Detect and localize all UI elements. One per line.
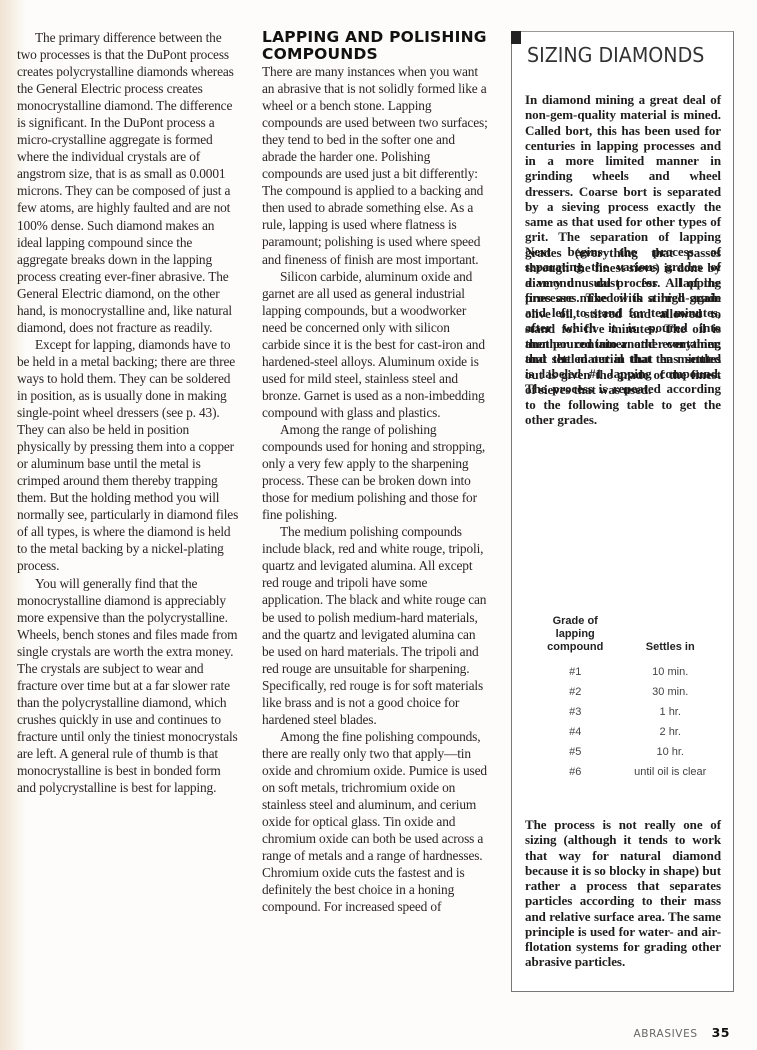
table-row: #5 10 hr. bbox=[542, 742, 712, 762]
body-column-2: Lapping and Polishing Compounds There ar… bbox=[262, 29, 490, 915]
sidebar-paragraph: Next begins the process of separating th… bbox=[525, 244, 721, 427]
table-header-settles: Settles in bbox=[608, 615, 712, 662]
settle-time-cell: until oil is clear bbox=[608, 762, 712, 782]
settle-time-cell: 10 min. bbox=[608, 662, 712, 682]
grade-cell: #4 bbox=[542, 722, 608, 742]
paragraph: Silicon carbide, aluminum oxide and garn… bbox=[262, 268, 490, 421]
grade-cell: #3 bbox=[542, 702, 608, 722]
table-row: #4 2 hr. bbox=[542, 722, 712, 742]
grade-cell: #5 bbox=[542, 742, 608, 762]
paragraph: You will generally find that the monocry… bbox=[17, 575, 239, 797]
sidebar-box: SIZING DIAMONDS In diamond mining a grea… bbox=[511, 31, 734, 992]
corner-marker-icon bbox=[511, 31, 521, 44]
table-header-grade: Grade of lapping compound bbox=[542, 615, 608, 662]
body-column-1: The primary difference between the two p… bbox=[17, 29, 239, 796]
sidebar-title: SIZING DIAMONDS bbox=[527, 43, 704, 67]
settle-time-cell: 1 hr. bbox=[608, 702, 712, 722]
settle-time-cell: 2 hr. bbox=[608, 722, 712, 742]
paragraph: There are many instances when you want a… bbox=[262, 63, 490, 268]
grade-cell: #6 bbox=[542, 762, 608, 782]
paragraph: The medium polishing compounds include b… bbox=[262, 523, 490, 728]
paragraph: Among the range of polishing compounds u… bbox=[262, 421, 490, 523]
table-row: #3 1 hr. bbox=[542, 702, 712, 722]
page-footer: ABRASIVES 35 bbox=[634, 1025, 731, 1040]
paragraph: The primary difference between the two p… bbox=[17, 29, 239, 336]
table-row: #1 10 min. bbox=[542, 662, 712, 682]
table-row: #6 until oil is clear bbox=[542, 762, 712, 782]
section-heading: Lapping and Polishing Compounds bbox=[262, 29, 490, 62]
paragraph: Except for lapping, diamonds have to be … bbox=[17, 336, 239, 575]
grade-cell: #1 bbox=[542, 662, 608, 682]
settle-time-cell: 30 min. bbox=[608, 682, 712, 702]
running-footer-section: ABRASIVES bbox=[634, 1028, 698, 1040]
sidebar-paragraph: The process is not really one of sizing … bbox=[525, 817, 721, 970]
settle-time-cell: 10 hr. bbox=[608, 742, 712, 762]
paragraph: Among the fine polishing compounds, ther… bbox=[262, 728, 490, 916]
grade-table: Grade of lapping compound Settles in #1 … bbox=[542, 615, 712, 782]
table-row: #2 30 min. bbox=[542, 682, 712, 702]
grade-cell: #2 bbox=[542, 682, 608, 702]
page-number: 35 bbox=[712, 1025, 730, 1040]
